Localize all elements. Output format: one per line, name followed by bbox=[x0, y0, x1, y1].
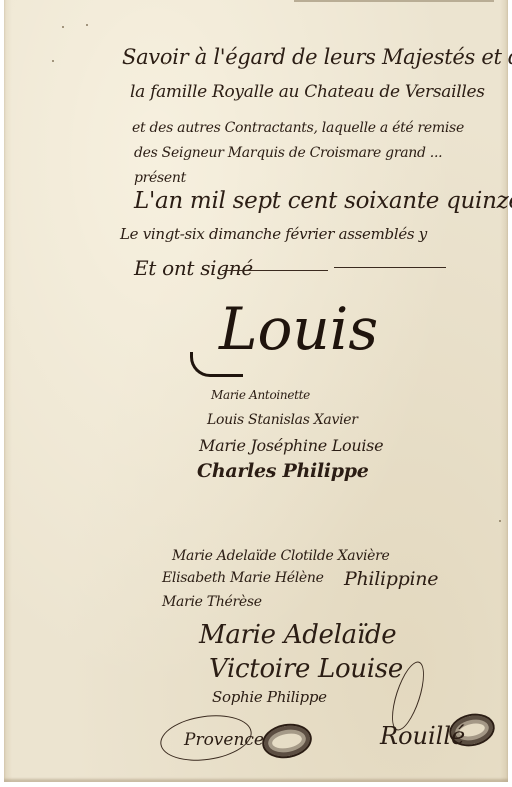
body-line-1: Savoir à l'égard de leurs Majestés et de bbox=[122, 45, 512, 69]
body-line-3: et des autres Contractants, laquelle a é… bbox=[132, 120, 464, 136]
signature-marie-adelaide: Marie Adelaïde bbox=[199, 620, 396, 650]
signature-victoire: Victoire Louise bbox=[209, 654, 403, 684]
paper-speck bbox=[86, 24, 88, 26]
body-line-5: présent bbox=[134, 170, 186, 186]
signature-marie-josephine: Marie Joséphine Louise bbox=[199, 436, 383, 455]
signature-charles-philippe: Charles Philippe bbox=[197, 460, 369, 482]
body-line-7: Le vingt-six dimanche février assemblés … bbox=[120, 225, 427, 243]
manuscript-page: Savoir à l'égard de leurs Majestés et de… bbox=[4, 0, 508, 782]
paper-speck bbox=[499, 520, 501, 522]
paper-speck bbox=[164, 62, 166, 64]
paraph-scribble bbox=[259, 720, 314, 762]
date-line: L'an mil sept cent soixante quinze bbox=[134, 188, 512, 214]
signature-marie-antoinette: Marie Antoinette bbox=[211, 388, 310, 402]
signed-line: Et ont signé bbox=[134, 256, 253, 280]
signature-elisabeth: Elisabeth Marie Hélène bbox=[162, 570, 324, 586]
underline-rule bbox=[222, 270, 328, 271]
signature-flourish bbox=[190, 352, 243, 377]
signature-marie-therese: Marie Thérèse bbox=[162, 594, 262, 610]
paper-speck bbox=[62, 26, 64, 28]
paper-speck bbox=[52, 60, 54, 62]
signature-louis-stanislas: Louis Stanislas Xavier bbox=[207, 412, 358, 428]
page-top-edge bbox=[294, 0, 494, 2]
body-line-2: la famille Royalle au Chateau de Versail… bbox=[130, 82, 485, 102]
body-line-4: des Seigneur Marquis de Croismare grand … bbox=[134, 145, 442, 161]
underline-rule bbox=[334, 267, 446, 268]
signature-philippine: Philippine bbox=[344, 568, 438, 590]
signature-clotilde: Marie Adelaïde Clotilde Xavière bbox=[172, 548, 390, 564]
signature-bottom-left: Provence bbox=[184, 730, 264, 750]
signature-sophie: Sophie Philippe bbox=[212, 688, 327, 706]
